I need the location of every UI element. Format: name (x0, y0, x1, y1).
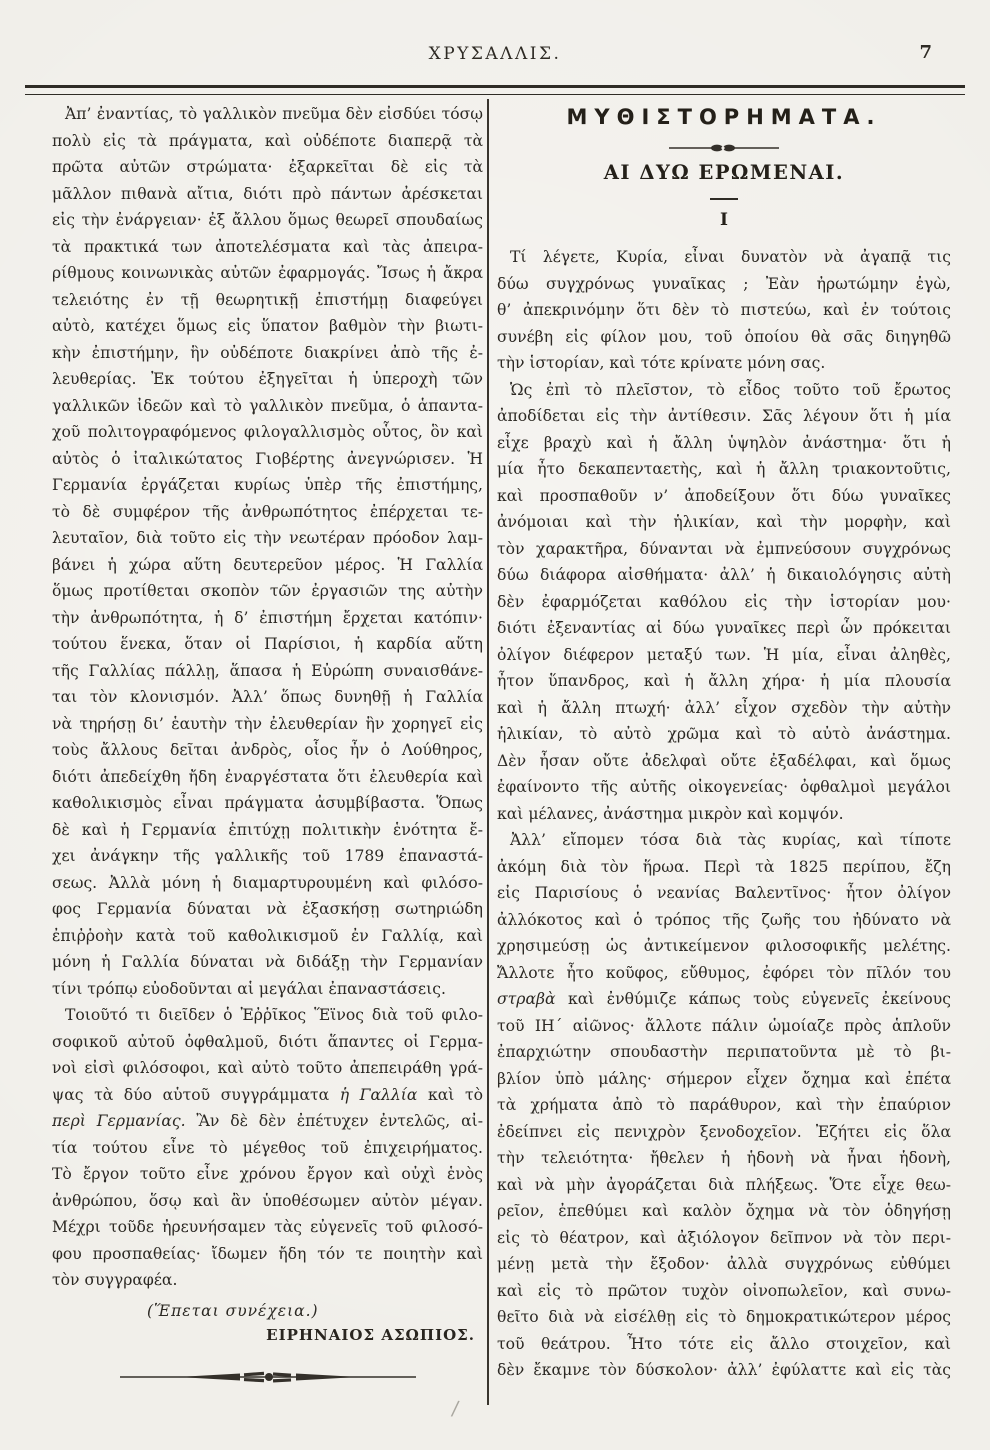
text-line: θεῖτο διὰ νὰ εἰσέλθῃ εἰς τὸ δημοκρατικώτ… (497, 1304, 951, 1331)
text-line: σοφικοῦ αὐτοῦ ὀφθαλμοῦ, διότι ἅπαντες οἱ… (52, 1029, 483, 1056)
left-column: Ἀπ’ ἐναντίας, τὸ γαλλικὸν πνεῦμα δὲν εἰσ… (52, 101, 483, 1386)
text-line: ὅμως προτίθεται σκοπὸν τῶν ἐργασιῶν της … (52, 578, 483, 605)
text-line: τὸν συγγραφέα. (52, 1267, 483, 1294)
text-line: τοῦ θεάτρου. Ἦτο τότε εἰς ἄλλο στοιχεῖον… (497, 1331, 951, 1358)
right-column-text: Τί λέγετε, Κυρία, εἶναι δυνατὸν νὰ ἀγαπᾷ… (497, 244, 951, 1384)
continuation-note: (Ἕπεται συνέχεια.) (147, 1302, 483, 1320)
text-line: αὐτὸς ὁ ἰταλικώτατος Γιοβέρτης ἀνεγνώρισ… (52, 446, 483, 473)
text-line: φος Γερμανία δύναται νὰ ἐξασκήσῃ σωτηριώ… (52, 896, 483, 923)
text-line: φου προσπαθείας· ἴδωμεν ἤδη τόν τε ποιητ… (52, 1241, 483, 1268)
masthead-title: ΧΡΥΣΑΛΛΙΣ. (0, 44, 990, 64)
chapter-numeral: I (497, 210, 951, 230)
text-line: νὰ τηρήσῃ δι’ ἑαυτὴν τὴν ἐλευθερίαν ἣν χ… (52, 711, 483, 738)
text-line: τοῦ ΙΗ´ αἰῶνος· ἄλλοτε πάλιν ὡμοίαζε πρὸ… (497, 1013, 951, 1040)
text-line: νοὶ εἰσὶ φιλόσοφοι, καὶ αὐτὸ τοῦτο ἀπεπε… (52, 1055, 483, 1082)
text-line: μία ἦτο δεκαπενταετὴς, καὶ ἡ ἄλλη τριακο… (497, 456, 951, 483)
text-line: δὲν ἔκαμνε τὸν δύσκολον· ἀλλ’ ἐφύλαττε κ… (497, 1357, 951, 1384)
text-line: ἡλικίαν, τὸ αὐτὸ χρῶμα καὶ τὸ αὐτὸ ἀνάστ… (497, 721, 951, 748)
plain-text: καὶ ἐνθύμιζε κάπως τοὺς εὐγενεῖς ἐκείνου… (556, 990, 951, 1008)
text-line: διότι ἀπεδείχθη ἤδη ἐναργέστατα ὅτι ἐλευ… (52, 764, 483, 791)
text-line: εἰς τὸ θέατρον, καὶ ἀξιόλογον δεῖπνον νὰ… (497, 1225, 951, 1252)
text-line: τὸ δὲ συμφέρον τῆς ἀνθρωπότητος ἐπέρχετα… (52, 499, 483, 526)
section-title: ΜΥΘΙΣΤΟΡΗΜΑΤΑ. (497, 105, 951, 129)
text-line: Δὲν ἦσαν οὔτε ἀδελφαὶ οὔτε ἐξαδέλφαι, κα… (497, 748, 951, 775)
text-line: πρῶτα αὐτῶν στρώματα· ἐξαρκεῖται δὲ εἰς … (52, 154, 483, 181)
newspaper-page: ΧΡΥΣΑΛΛΙΣ. 7 Ἀπ’ ἐναντίας, τὸ γαλλικὸν π… (0, 0, 990, 1450)
text-line: ὀλίγον διέφερον μεταξύ των. Ἡ μία, εἶναι… (497, 642, 951, 669)
section-divider-ornament-icon (118, 1368, 418, 1386)
italic-text: ἡ Γαλλία (340, 1086, 418, 1104)
text-line: τελειότης ἐν τῇ θεωρητικῇ ἐπιστήμῃ διαφε… (52, 287, 483, 314)
text-line: ἀνόμοιαι καὶ τὴν ἡλικίαν, καὶ τὴν μορφὴν… (497, 509, 951, 536)
text-line: τὸν χαρακτῆρα, δύνανται νὰ ἐμπνεύσουν συ… (497, 536, 951, 563)
left-column-text: Ἀπ’ ἐναντίας, τὸ γαλλικὸν πνεῦμα δὲν εἰσ… (52, 101, 483, 1294)
text-line: δύω συγχρόνως γυναῖκας ; Ἐὰν ἠρωτώμην ἐγ… (497, 271, 951, 298)
text-line: λευταῖον, διὰ τοῦτο εἰς τὴν νεωτέραν πρό… (52, 525, 483, 552)
paragraph: Τοιοῦτό τι διεῖδεν ὁ Ἐῤῥῖκος Ἕϊνος διὰ τ… (52, 1002, 483, 1294)
text-line: χει ἀνάγκην τῆς γαλλικῆς τοῦ 1789 ἐπανασ… (52, 843, 483, 870)
text-line: ἐπιῤῥοὴν κατὰ τοῦ καθολικισμοῦ ἐν Γαλλίᾳ… (52, 923, 483, 950)
text-line: εἰς τὴν ἐνάργειαν· ἐξ ἄλλου ὅμως θεωρεῖ … (52, 207, 483, 234)
text-line: ψας τὰ δύο αὑτοῦ συγγράμματα ἡ Γαλλία κα… (52, 1082, 483, 1109)
text-line: τὴν ἀνθρωπότητα, ἡ δ’ ἐπιστήμη ἔρχεται κ… (52, 605, 483, 632)
text-line: τοὺς ἄλλους δεῖται ἀνδρὸς, οἷος ἦν ὁ Λού… (52, 737, 483, 764)
text-line: βάνει ἡ χώρα αὕτη δευτερεῦον μέρος. Ἡ Γα… (52, 552, 483, 579)
text-line: αὐτὸ, κατέχει ὅμως εἰς ὕπατον βαθμὸν τὴν… (52, 313, 483, 340)
italic-text: περὶ Γερμανίας. (52, 1112, 186, 1130)
text-line: καὶ εἰς τὸ πρῶτον τυχὸν οἰνοπωλεῖον, καὶ… (497, 1278, 951, 1305)
text-line: βλίον ὑπὸ μάλης· σήμερον εἶχεν ὄχημα καὶ… (497, 1066, 951, 1093)
text-line: ἐδείπνει εἰς πενιχρὸν ξενοδοχεῖον. Ἐζήτε… (497, 1119, 951, 1146)
text-line: ται τὸν κλονισμόν. Ἀλλ’ ὅπως δυνηθῇ ἡ Γα… (52, 684, 483, 711)
paragraph: Ἀπ’ ἐναντίας, τὸ γαλλικὸν πνεῦμα δὲν εἰσ… (52, 101, 483, 1002)
text-line: ἀποδίδεται εἰς τὴν ἀντίθεσιν. Σᾶς λέγουν… (497, 403, 951, 430)
text-line: τίνι τρόπῳ εὐοδοῦνται αἱ μεγάλαι ἐπαναστ… (52, 976, 483, 1003)
text-line: λευθερίας. Ἐκ τούτου ἐξηγεῖται ἡ ὑπεροχὴ… (52, 366, 483, 393)
text-line: περὶ Γερμανίας. Ἂν δὲ δὲν ἐπέτυχεν ἐντελ… (52, 1108, 483, 1135)
text-line: Μέχρι τοῦδε ἠρευνήσαμεν τὰς εὐγενεῖς τοῦ… (52, 1214, 483, 1241)
text-line: καὶ μέλανες, ἀνάστημα μικρὸν καὶ κομψόν. (497, 801, 951, 828)
story-title: ΑΙ ΔΥΩ ΕΡΩΜΕΝΑΙ. (497, 161, 951, 184)
text-line: Τί λέγετε, Κυρία, εἶναι δυνατὸν νὰ ἀγαπᾷ… (497, 244, 951, 271)
text-line: καὶ ἡ ἄλλη πτωχή· ἀλλ’ εἶχον σχεδὸν τὴν … (497, 695, 951, 722)
plain-text: Ἂν δὲ δὲν ἐπέτυχεν ἐντελῶς, αἰ- (186, 1112, 483, 1130)
text-line: δύω διάφορα αἰσθήματα· ἀλλ’ ἡ δικαιολόγη… (497, 562, 951, 589)
text-line: δὲν ἐφαρμόζεται καθόλου εἰς τὴν ἱστορίαν… (497, 589, 951, 616)
text-line: Ἄλλοτε ἦτο κοῦφος, εὔθυμος, ἐφόρει τὸν π… (497, 960, 951, 987)
text-line: τὴν ἱστορίαν, καὶ τότε κρίνατε μόνη σας. (497, 350, 951, 377)
text-line: σεως. Ἀλλὰ μόνη ἡ διαμαρτυρουμένη καὶ φι… (52, 870, 483, 897)
text-line: τὴν τελειότητα· ἤθελεν ἡ ἡδονὴ νὰ ἦναι ἡ… (497, 1145, 951, 1172)
text-line: Ὡς ἐπὶ τὸ πλεῖστον, τὸ εἶδος τοῦτο τοῦ ἔ… (497, 377, 951, 404)
story-title-rule (710, 198, 738, 200)
text-line: ἀνθρώπου, ὅσῳ καὶ ἂν ὑποθέσωμεν αὐτὸν μέ… (52, 1188, 483, 1215)
paragraph: Τί λέγετε, Κυρία, εἶναι δυνατὸν νὰ ἀγαπᾷ… (497, 244, 951, 377)
text-line: μόνη ἡ Γαλλία δύναται νὰ διδάξῃ τὴν Γερμ… (52, 949, 483, 976)
text-line: συνέβη εἰς φίλον μου, τοῦ ὁποίου θὰ σᾶς … (497, 324, 951, 351)
author-signature: ΕΙΡΗΝΑΙΟΣ ΑΣΩΠΙΟΣ. (52, 1326, 475, 1344)
text-line: θ’ ἀπεκρινόμην ὅτι δὲν τὸ πιστεύω, καὶ ἐ… (497, 297, 951, 324)
text-line: μένῃ μετὰ τὴν ἔξοδον· ἀλλὰ συγχρόνως εὐθ… (497, 1251, 951, 1278)
text-line: δὲ καὶ ἡ Γερμανία ἐπιτύχῃ πολιτικὴν ἑνότ… (52, 817, 483, 844)
text-line: πολὺ εἰς τὰ πράγματα, καὶ οὐδέποτε διαπε… (52, 128, 483, 155)
paragraph: Ὡς ἐπὶ τὸ πλεῖστον, τὸ εἶδος τοῦτο τοῦ ἔ… (497, 377, 951, 828)
text-line: Ἀλλ’ εἴπομεν τόσα διὰ τὰς κυρίας, καὶ τί… (497, 827, 951, 854)
italic-text: στραβὰ (497, 990, 556, 1008)
text-line: τὰ χρήματα ἀπὸ τὸ παράθυρον, καὶ τὴν ἐπα… (497, 1092, 951, 1119)
text-line: καὶ προσπαθοῦν ν’ ἀποδείξουν ὅτι δύω γυν… (497, 483, 951, 510)
text-line: τῆς Γαλλίας πάλλῃ, ἅπασα ἡ Εὐρώπη συναισ… (52, 658, 483, 685)
text-line: Τὸ ἔργον τοῦτο εἶνε χρόνου ἔργον καὶ οὐχ… (52, 1161, 483, 1188)
text-line: Τοιοῦτό τι διεῖδεν ὁ Ἐῤῥῖκος Ἕϊνος διὰ τ… (52, 1002, 483, 1029)
paragraph: Ἀλλ’ εἴπομεν τόσα διὰ τὰς κυρίας, καὶ τί… (497, 827, 951, 1384)
text-line: τία τούτου εἶνε τὸ μέγεθος τοῦ ἐπιχειρήμ… (52, 1135, 483, 1162)
text-line: χοῦ πολιτογραφόμενος φιλογαλλισμὸς οὗτος… (52, 419, 483, 446)
text-line: Ἀπ’ ἐναντίας, τὸ γαλλικὸν πνεῦμα δὲν εἰσ… (52, 101, 483, 128)
text-line: ἀλλόκοτος καὶ ὁ τρόπος τῆς ζωῆς του ἠδύν… (497, 907, 951, 934)
text-line: τὰ πρακτικά των ἀποτελέσματα καὶ τὰς ἀπε… (52, 234, 483, 261)
plain-text: καὶ τὸ (417, 1086, 483, 1104)
right-column: ΜΥΘΙΣΤΟΡΗΜΑΤΑ. ΑΙ ΔΥΩ ΕΡΩΜΕΝΑΙ. I Τί λέγ… (497, 99, 951, 1384)
plain-text: ψας τὰ δύο αὑτοῦ συγγράμματα (52, 1086, 340, 1104)
scan-stray-mark: / (450, 1396, 460, 1421)
text-line: ρίθμους κοινωνικὰς αὐτῶν ἐφαρμογάς. Ἴσως… (52, 260, 483, 287)
page-number: 7 (919, 42, 932, 63)
text-line: μᾶλλον πιθανὰ αἴτια, διότι πρὸ πάντων ἀρ… (52, 181, 483, 208)
column-divider-rule (487, 99, 489, 1405)
header-double-rule (25, 85, 965, 95)
text-line: καθολικισμὸς εἶναι πράγματα ἀσυμβίβαστα.… (52, 790, 483, 817)
text-line: Γερμανία ἐργάζεται κυρίως ὑπὲρ τῆς ἐπιστ… (52, 472, 483, 499)
text-line: ἀκόμη διὰ τὸν ἥρωα. Περὶ τὰ 1825 περίπου… (497, 854, 951, 881)
text-line: διότι ἐξεναντίας αἱ δύω γυναῖκες περὶ ὧν… (497, 615, 951, 642)
text-line: εἶχε βραχὺ καὶ ἡ ἄλλη ὑψηλὸν ἀνάστημα· ὅ… (497, 430, 951, 457)
text-line: ἦτον ὕπανδρος, καὶ ἡ ἄλλη χήρα· ἡ μία πλ… (497, 668, 951, 695)
text-line: ἐφαίνοντο τῆς αὐτῆς οἰκογενείας· ὀφθαλμο… (497, 774, 951, 801)
text-line: στραβὰ καὶ ἐνθύμιζε κάπως τοὺς εὐγενεῖς … (497, 986, 951, 1013)
text-line: κὴν ἐπιστήμην, ἣν οὐδέποτε διακρίνει ἀπὸ… (52, 340, 483, 367)
text-line: ρεῖον, ἐπεθύμει καὶ καλὸν ὄχημα νὰ τὸν ὁ… (497, 1198, 951, 1225)
text-line: καὶ νὰ μὴν ἀγοράζεται διὰ πλήξεως. Ὅτε ε… (497, 1172, 951, 1199)
text-line: ἐπαρχιώτην σπουδαστὴν περιπατοῦντα μὲ τὸ… (497, 1039, 951, 1066)
text-line: χρησιμεύσῃ ὡς ἀντικείμενον φιλοσοφικῆς μ… (497, 933, 951, 960)
text-line: εἰς Παρισίους ὁ νεανίας Βαλεντῖνος· ἦτον… (497, 880, 951, 907)
text-line: γαλλικῶν ἰδεῶν καὶ τὸ γαλλικὸν πνεῦμα, ὁ… (52, 393, 483, 420)
title-divider-ornament-icon (669, 143, 779, 153)
text-line: τούτου ἕνεκα, ὅταν οἱ Παρίσιοι, ἡ καρδία… (52, 631, 483, 658)
